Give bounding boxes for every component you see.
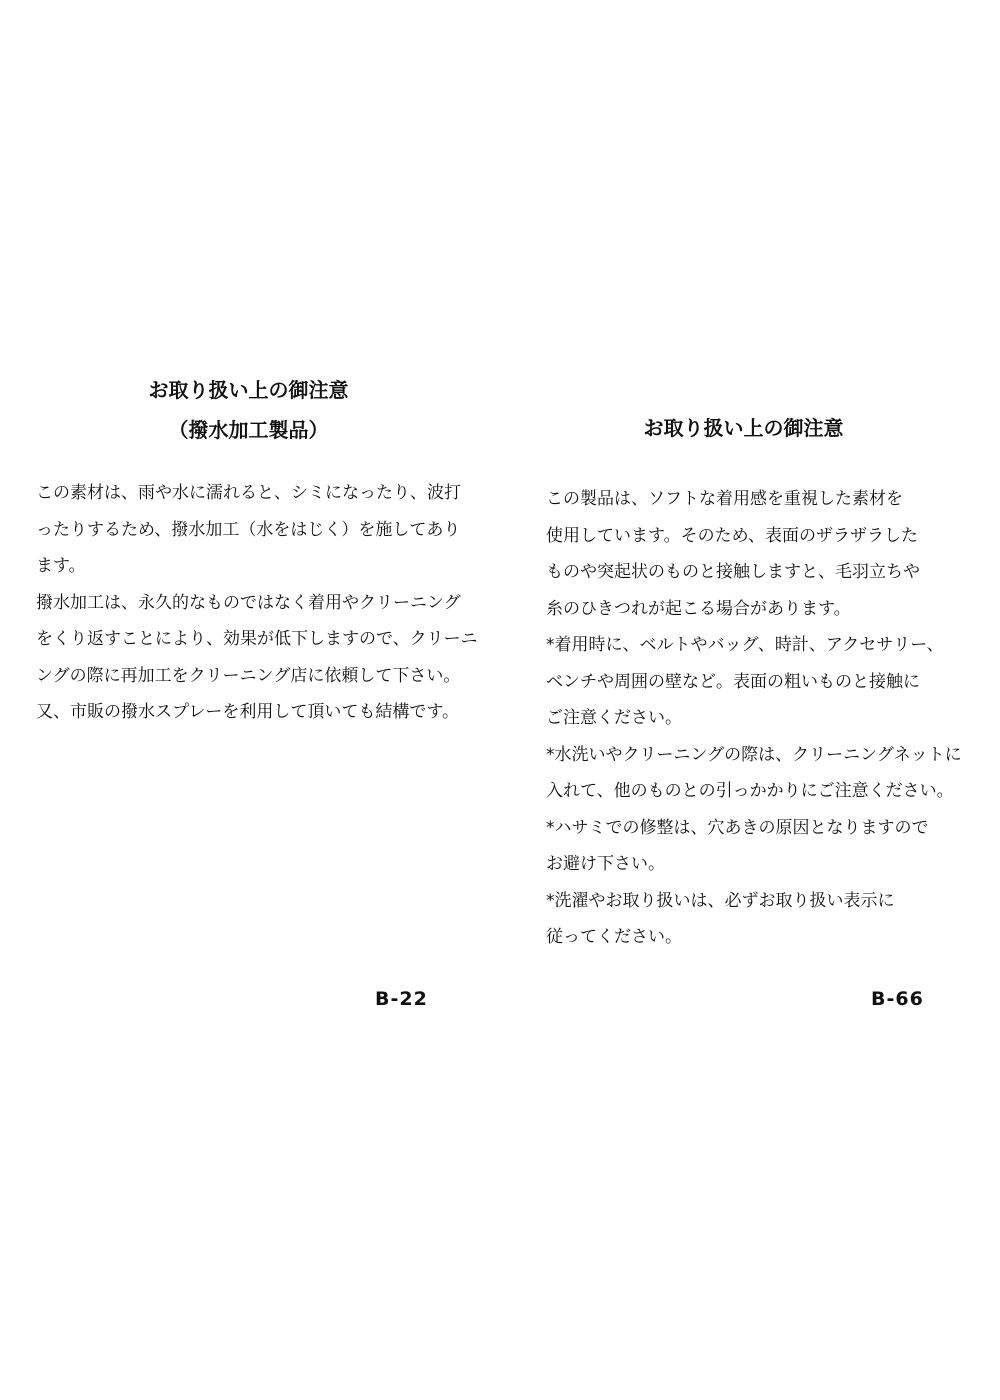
label-body: この素材は、雨や水に濡れると、シミになったり、波打 ったりするため、撥水加工（水…	[36, 475, 481, 731]
care-label-soft-fabric: お取り扱い上の御注意 この製品は、ソフトな着用感を重視した素材を 使用しています…	[546, 408, 966, 956]
body-line: ご注意ください。	[546, 700, 966, 737]
body-line: 使用しています。そのため、表面のザラザラした	[546, 518, 966, 555]
body-line: *洗濯やお取り扱いは、必ずお取り扱い表示に	[546, 883, 966, 920]
body-line: 入れて、他のものとの引っかかりにご注意ください。	[546, 773, 966, 810]
body-line: 糸のひきつれが起こる場合があります。	[546, 591, 966, 628]
body-line: をくり返すことにより、効果が低下しますので、クリーニ	[36, 621, 481, 658]
body-line: *ハサミでの修整は、穴あきの原因となりますので	[546, 810, 966, 847]
body-line: 従ってください。	[546, 919, 966, 956]
body-line: 撥水加工は、永久的なものではなく着用やクリーニング	[36, 585, 481, 622]
body-line: *水洗いやクリーニングの際は、クリーニングネットに	[546, 737, 966, 774]
body-line: この素材は、雨や水に濡れると、シミになったり、波打	[36, 475, 481, 512]
label-title: お取り扱い上の御注意 （撥水加工製品）	[36, 370, 461, 450]
body-line: この製品は、ソフトな着用感を重視した素材を	[546, 481, 966, 518]
care-label-water-repellent: お取り扱い上の御注意 （撥水加工製品） この素材は、雨や水に濡れると、シミになっ…	[36, 370, 481, 731]
body-line: お避け下さい。	[546, 846, 966, 883]
body-line: ベンチや周囲の壁など。表面の粗いものと接触に	[546, 664, 966, 701]
label-code-right: B-66	[871, 988, 924, 1010]
title-line: お取り扱い上の御注意	[546, 408, 941, 448]
body-line: ます。	[36, 548, 481, 585]
title-subtitle: （撥水加工製品）	[36, 410, 461, 450]
label-code-left: B-22	[375, 988, 428, 1010]
body-line: ったりするため、撥水加工（水をはじく）を施してあり	[36, 512, 481, 549]
label-body: この製品は、ソフトな着用感を重視した素材を 使用しています。そのため、表面のザラ…	[546, 481, 966, 956]
label-title: お取り扱い上の御注意	[546, 408, 941, 448]
body-line: 又、市販の撥水スプレーを利用して頂いても結構です。	[36, 694, 481, 731]
body-line: ングの際に再加工をクリーニング店に依頼して下さい。	[36, 658, 481, 695]
title-line: お取り扱い上の御注意	[36, 370, 461, 410]
body-line: ものや突起状のものと接触しますと、毛羽立ちや	[546, 554, 966, 591]
body-line: *着用時に、ベルトやバッグ、時計、アクセサリー、	[546, 627, 966, 664]
